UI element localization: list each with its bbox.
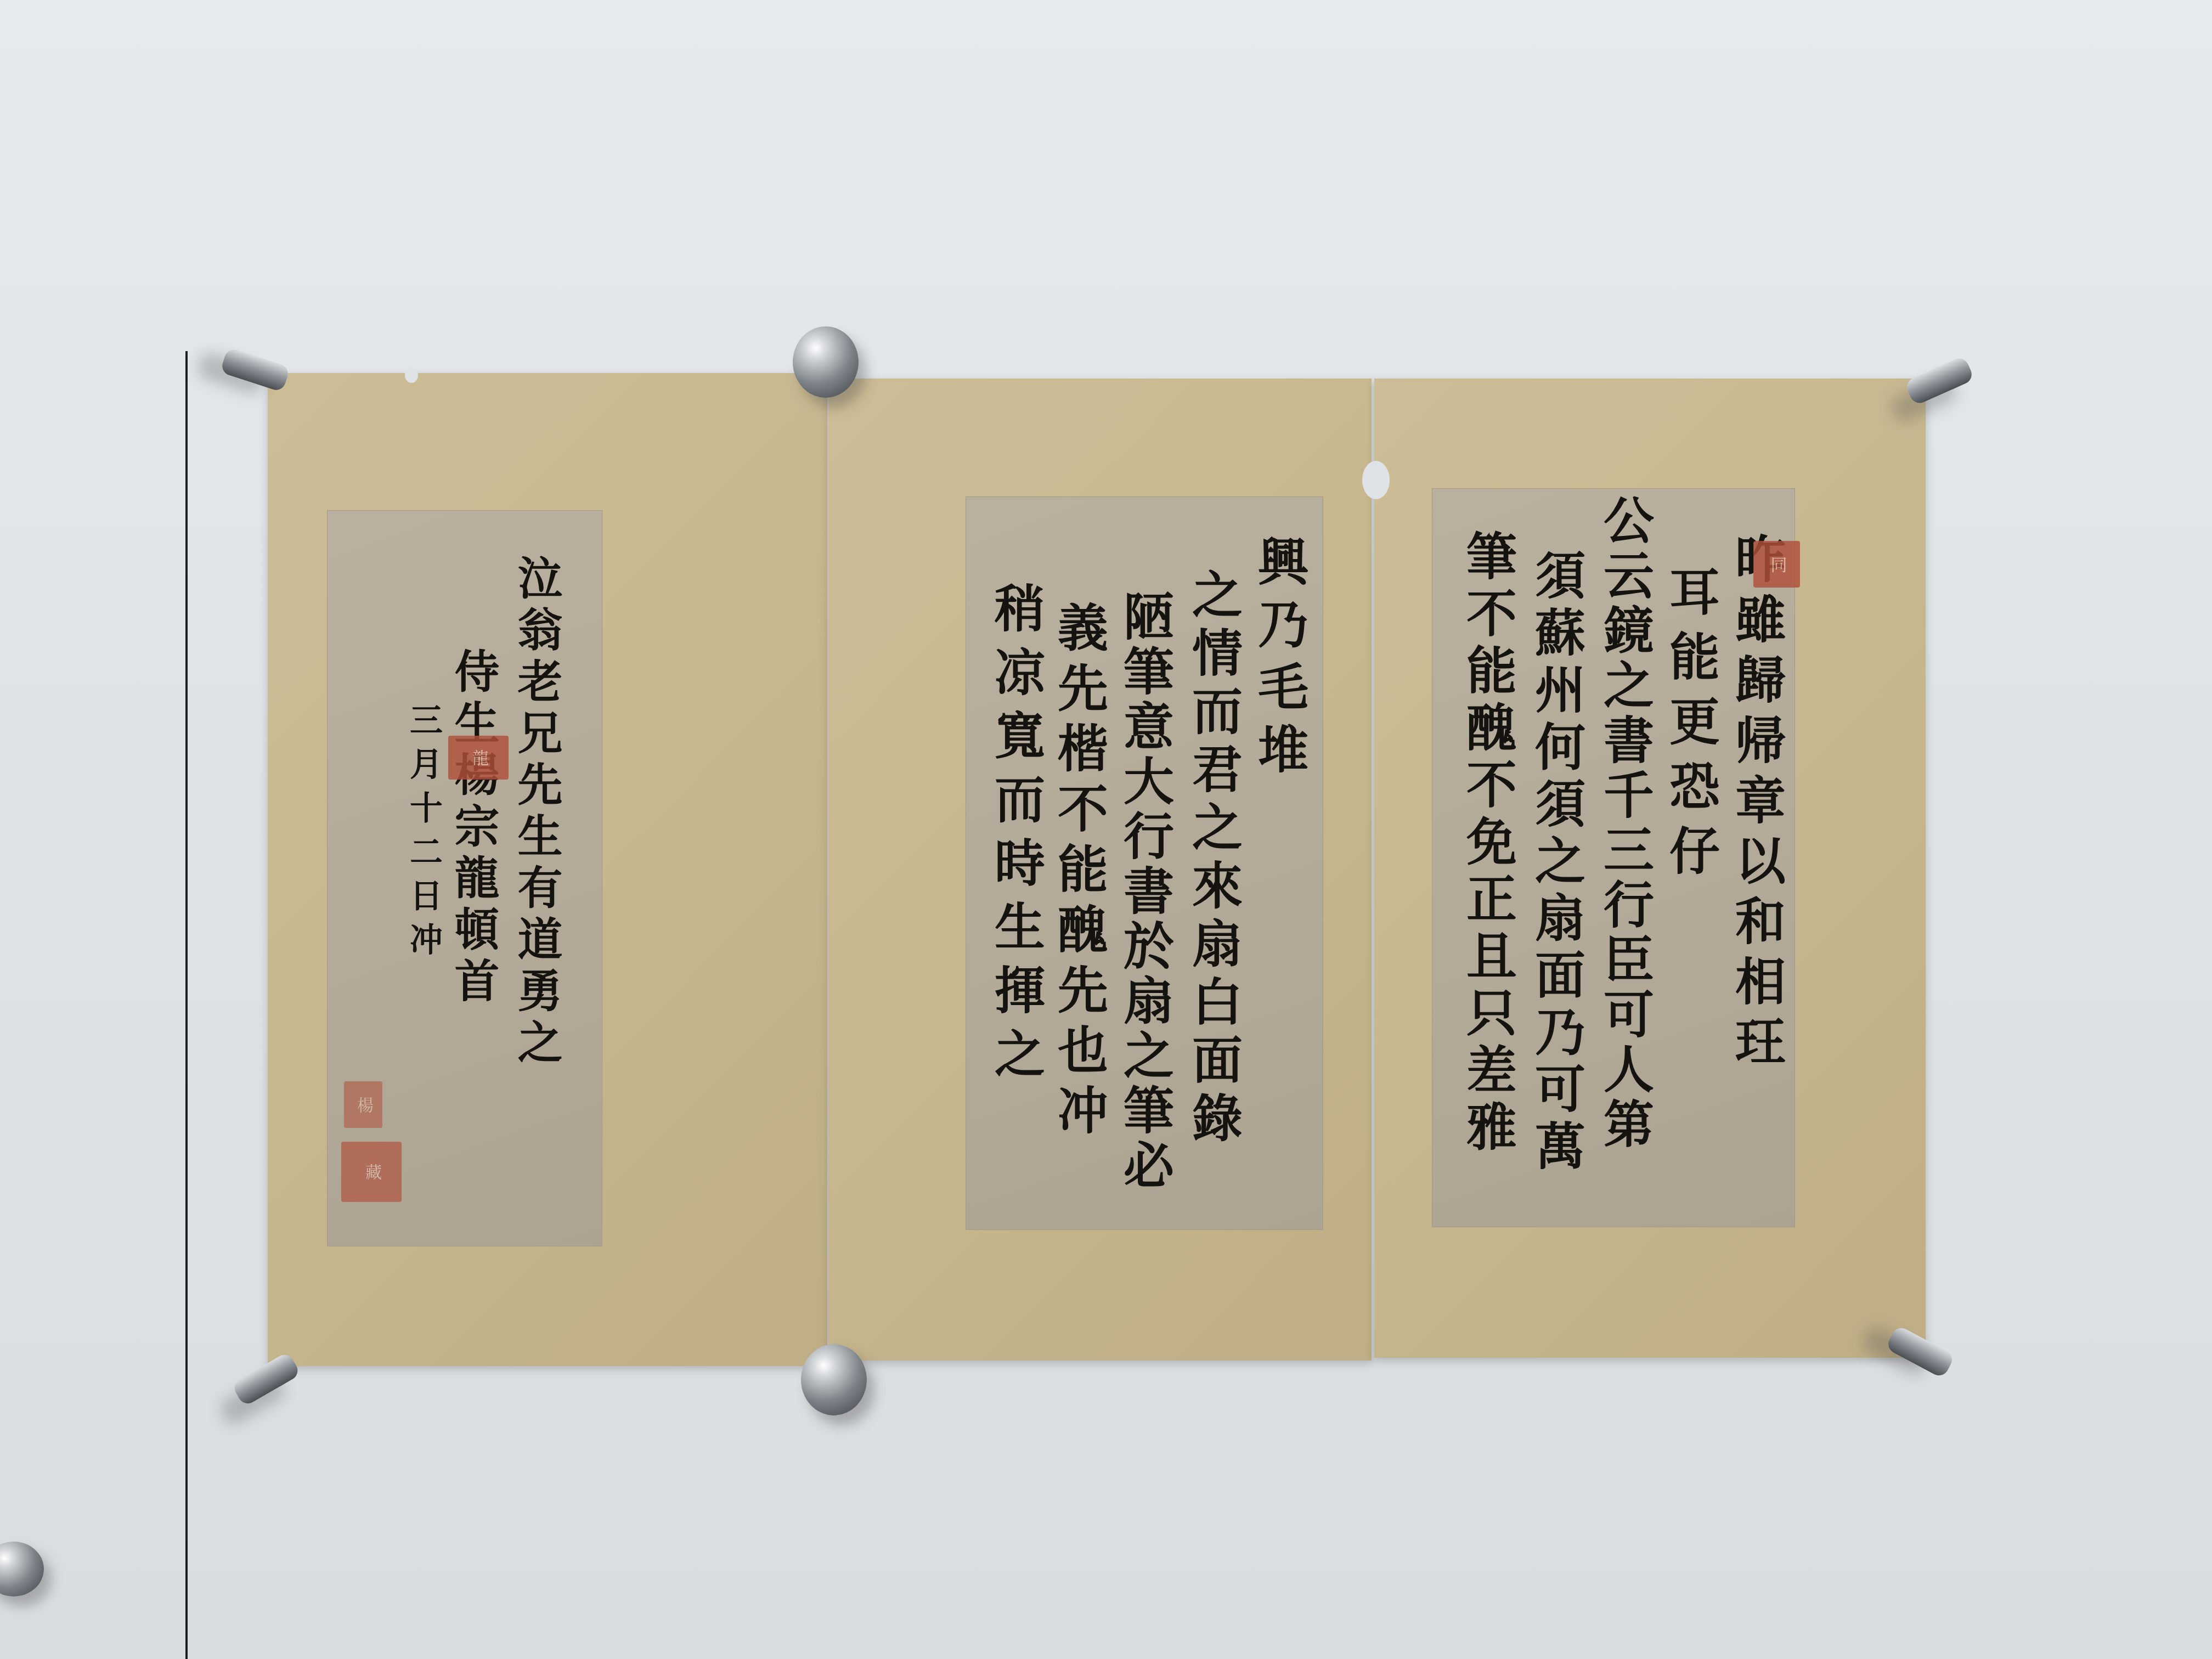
mounting-pin xyxy=(231,1351,301,1407)
mounting-pin xyxy=(793,326,859,398)
calligraphy-column-2: 之情而君之來扇白面錄 xyxy=(1188,568,1239,1150)
right-paper-leaf: 昨雖歸帰章以和相玨 耳能更恐仔 公云鏡之書千三行臣可人第 須蘇州何須之扇面乃可萬… xyxy=(1374,379,1926,1358)
seal-stamp: 同 xyxy=(1753,541,1800,588)
left-calligraphy-pane: 泣翁老兄先生有道勇之 侍生楊宗龍頓首 三月十二日冲 龍 楊 藏 xyxy=(327,510,602,1246)
calligraphy-column-4: 義先楷不能醜先也冲 xyxy=(1054,601,1104,1144)
calligraphy-column-5: 稍凉寬而時生揮之 xyxy=(991,582,1041,1091)
calligraphy-column-1: 昨雖歸帰章以和相玨 xyxy=(1731,533,1782,1076)
left-paper-leaf: 泣翁老兄先生有道勇之 侍生楊宗龍頓首 三月十二日冲 龍 楊 藏 xyxy=(268,373,827,1366)
mounting-pin xyxy=(1904,356,1974,407)
mounting-pin xyxy=(0,1542,44,1596)
mounting-pin xyxy=(220,347,291,393)
calligraphy-column-2: 侍生楊宗龍頓首 xyxy=(451,648,496,1009)
calligraphy-column-5: 筆不能醜不免正且只差雅 xyxy=(1463,530,1513,1158)
calligraphy-column-1: 興乃毛堆 xyxy=(1254,535,1305,786)
seal-stamp: 龍 xyxy=(448,736,509,780)
mounting-pin xyxy=(801,1344,867,1415)
middle-calligraphy-pane: 興乃毛堆 之情而君之來扇白面錄 陋筆意大行書於扇之筆必 義先楷不能醜先也冲 稍凉… xyxy=(966,496,1323,1230)
calligraphy-column-2: 耳能更恐仔 xyxy=(1666,566,1716,889)
calligraphy-column-3: 陋筆意大行書於扇之筆必 xyxy=(1120,590,1170,1194)
calligraphy-column-3: 公云鏡之書千三行臣可人第 xyxy=(1600,494,1650,1153)
seal-stamp: 藏 xyxy=(341,1142,402,1202)
middle-paper-leaf: 興乃毛堆 之情而君之來扇白面錄 陋筆意大行書於扇之筆必 義先楷不能醜先也冲 稍凉… xyxy=(828,379,1372,1361)
calligraphy-column-1: 泣翁老兄先生有道勇之 xyxy=(514,555,559,1070)
calligraphy-column-4: 須蘇州何須之扇面乃可萬 xyxy=(1531,549,1582,1177)
paper-tear xyxy=(1362,461,1390,499)
paper-tear xyxy=(405,368,418,383)
right-calligraphy-pane: 昨雖歸帰章以和相玨 耳能更恐仔 公云鏡之書千三行臣可人第 須蘇州何須之扇面乃可萬… xyxy=(1432,488,1795,1227)
wall-seam xyxy=(185,351,188,1659)
calligraphy-column-3: 三月十二日冲 xyxy=(407,703,440,966)
seal-stamp: 楊 xyxy=(344,1081,382,1128)
